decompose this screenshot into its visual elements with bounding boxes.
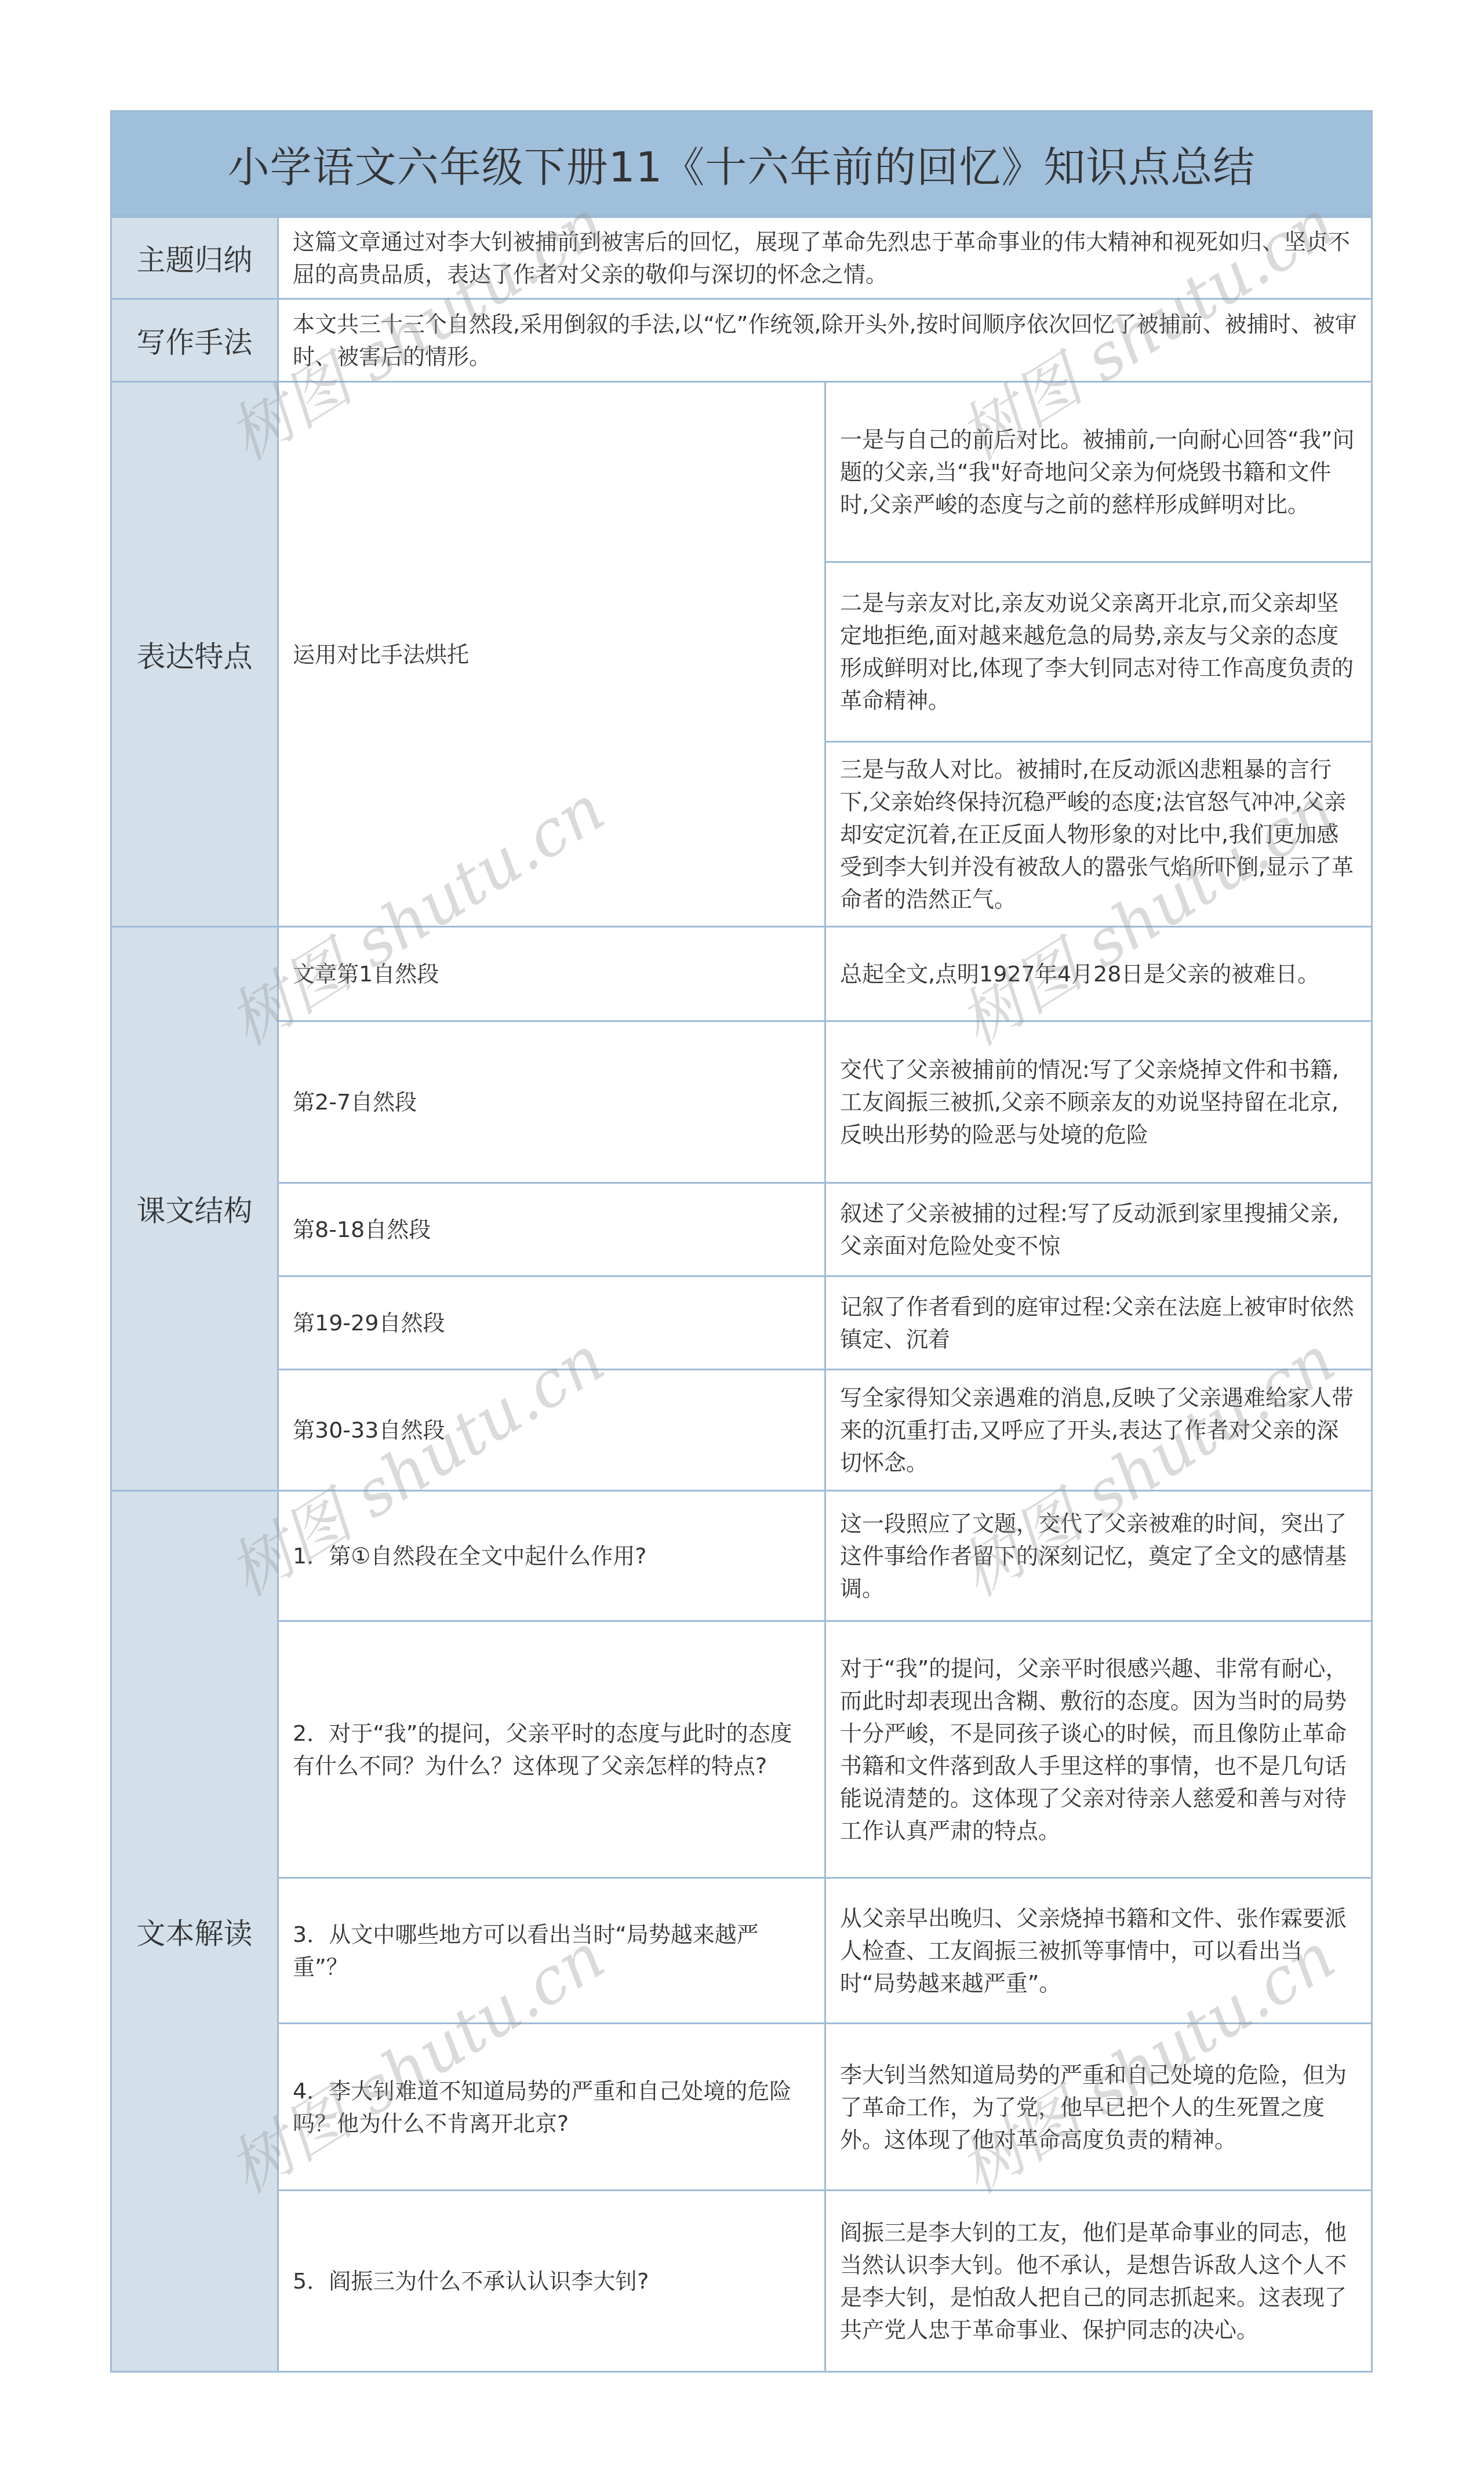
structure-part: 第2-7自然段 <box>279 1022 826 1182</box>
expression-point: 一是与自己的前后对比。被捕前,一向耐心回答“我”问题的父亲,当“我"好奇地问父亲… <box>826 383 1371 561</box>
structure-row: 第2-7自然段 交代了父亲被捕前的情况:写了父亲烧掉文件和书籍,工友阎振三被抓,… <box>279 1020 1371 1182</box>
qa-row: 1．第①自然段在全文中起什么作用? 这一段照应了文题，交代了父亲被难的时间，突出… <box>279 1491 1371 1620</box>
expression-point: 二是与亲友对比,亲友劝说父亲离开北京,而父亲却坚定地拒绝,面对越来越危急的局势,… <box>826 561 1371 741</box>
structure-row: 第8-18自然段 叙述了父亲被捕的过程:写了反动派到家里搜捕父亲,父亲面对危险处… <box>279 1182 1371 1275</box>
question: 1．第①自然段在全文中起什么作用? <box>279 1491 826 1620</box>
section-label: 主题归纳 <box>112 218 279 298</box>
structure-part: 第30-33自然段 <box>279 1370 826 1490</box>
section-theme: 主题归纳 这篇文章通过对李大钊被捕前到被害后的回忆，展现了革命先烈忠于革命事业的… <box>112 216 1371 298</box>
section-label: 课文结构 <box>112 927 279 1490</box>
question: 3．从文中哪些地方可以看出当时“局势越来越严重”？ <box>279 1879 826 2022</box>
qa-row: 4．李大钊难道不知道局势的严重和自己处境的危险吗？他为什么不肯离开北京? 李大钊… <box>279 2022 1371 2189</box>
qa-row: 5．阎振三为什么不承认认识李大钊? 阎振三是李大钊的工友，他们是革命事业的同志，… <box>279 2189 1371 2371</box>
answer: 这一段照应了文题，交代了父亲被难的时间，突出了这件事给作者留下的深刻记忆，奠定了… <box>826 1491 1371 1620</box>
question: 4．李大钊难道不知道局势的严重和自己处境的危险吗？他为什么不肯离开北京? <box>279 2024 826 2189</box>
question: 2．对于“我”的提问，父亲平时的态度与此时的态度有什么不同？为什么？这体现了父亲… <box>279 1622 826 1877</box>
structure-desc: 总起全文,点明1927年4月28日是父亲的被难日。 <box>826 927 1371 1020</box>
knowledge-table: 小学语文六年级下册11《十六年前的回忆》知识点总结 主题归纳 这篇文章通过对李大… <box>110 110 1373 2373</box>
structure-desc: 叙述了父亲被捕的过程:写了反动派到家里搜捕父亲,父亲面对危险处变不惊 <box>826 1184 1371 1275</box>
section-expression: 表达特点 运用对比手法烘托 一是与自己的前后对比。被捕前,一向耐心回答“我”问题… <box>112 381 1371 926</box>
section-writing: 写作手法 本文共三十三个自然段,采用倒叙的手法,以“忆”作统领,除开头外,按时间… <box>112 298 1371 381</box>
section-interpretation: 文本解读 1．第①自然段在全文中起什么作用? 这一段照应了文题，交代了父亲被难的… <box>112 1490 1371 2371</box>
section-structure: 课文结构 文章第1自然段 总起全文,点明1927年4月28日是父亲的被难日。 第… <box>112 926 1371 1490</box>
qa-row: 2．对于“我”的提问，父亲平时的态度与此时的态度有什么不同？为什么？这体现了父亲… <box>279 1620 1371 1877</box>
section-label: 写作手法 <box>112 300 279 381</box>
qa-row: 3．从文中哪些地方可以看出当时“局势越来越严重”？ 从父亲早出晚归、父亲烧掉书籍… <box>279 1877 1371 2022</box>
section-label: 表达特点 <box>112 383 279 926</box>
question: 5．阎振三为什么不承认认识李大钊? <box>279 2191 826 2371</box>
structure-row: 第19-29自然段 记叙了作者看到的庭审过程:父亲在法庭上被审时依然镇定、沉着 <box>279 1275 1371 1369</box>
structure-desc: 交代了父亲被捕前的情况:写了父亲烧掉文件和书籍,工友阎振三被抓,父亲不顾亲友的劝… <box>826 1022 1371 1182</box>
section-label: 文本解读 <box>112 1491 279 2371</box>
answer: 李大钊当然知道局势的严重和自己处境的危险，但为了革命工作，为了党，他早已把个人的… <box>826 2024 1371 2189</box>
answer: 从父亲早出晚归、父亲烧掉书籍和文件、张作霖要派人检查、工友阎振三被抓等事情中，可… <box>826 1879 1371 2022</box>
structure-desc: 写全家得知父亲遇难的消息,反映了父亲遇难给家人带来的沉重打击,又呼应了开头,表达… <box>826 1370 1371 1490</box>
section-text: 本文共三十三个自然段,采用倒叙的手法,以“忆”作统领,除开头外,按时间顺序依次回… <box>279 300 1371 381</box>
structure-row: 第30-33自然段 写全家得知父亲遇难的消息,反映了父亲遇难给家人带来的沉重打击… <box>279 1369 1371 1490</box>
answer: 对于“我”的提问，父亲平时很感兴趣、非常有耐心，而此时却表现出含糊、敷衍的态度。… <box>826 1622 1371 1877</box>
expression-point: 三是与敌人对比。被捕时,在反动派凶悲粗暴的言行下,父亲始终保持沉稳严峻的态度;法… <box>826 741 1371 926</box>
structure-desc: 记叙了作者看到的庭审过程:父亲在法庭上被审时依然镇定、沉着 <box>826 1277 1371 1369</box>
section-text: 这篇文章通过对李大钊被捕前到被害后的回忆，展现了革命先烈忠于革命事业的伟大精神和… <box>279 218 1371 298</box>
page-title: 小学语文六年级下册11《十六年前的回忆》知识点总结 <box>112 112 1371 216</box>
structure-part: 第19-29自然段 <box>279 1277 826 1369</box>
structure-part: 第8-18自然段 <box>279 1184 826 1275</box>
expression-method: 运用对比手法烘托 <box>279 383 826 926</box>
answer: 阎振三是李大钊的工友，他们是革命事业的同志，他当然认识李大钊。他不承认，是想告诉… <box>826 2191 1371 2371</box>
structure-row: 文章第1自然段 总起全文,点明1927年4月28日是父亲的被难日。 <box>279 927 1371 1020</box>
structure-part: 文章第1自然段 <box>279 927 826 1020</box>
